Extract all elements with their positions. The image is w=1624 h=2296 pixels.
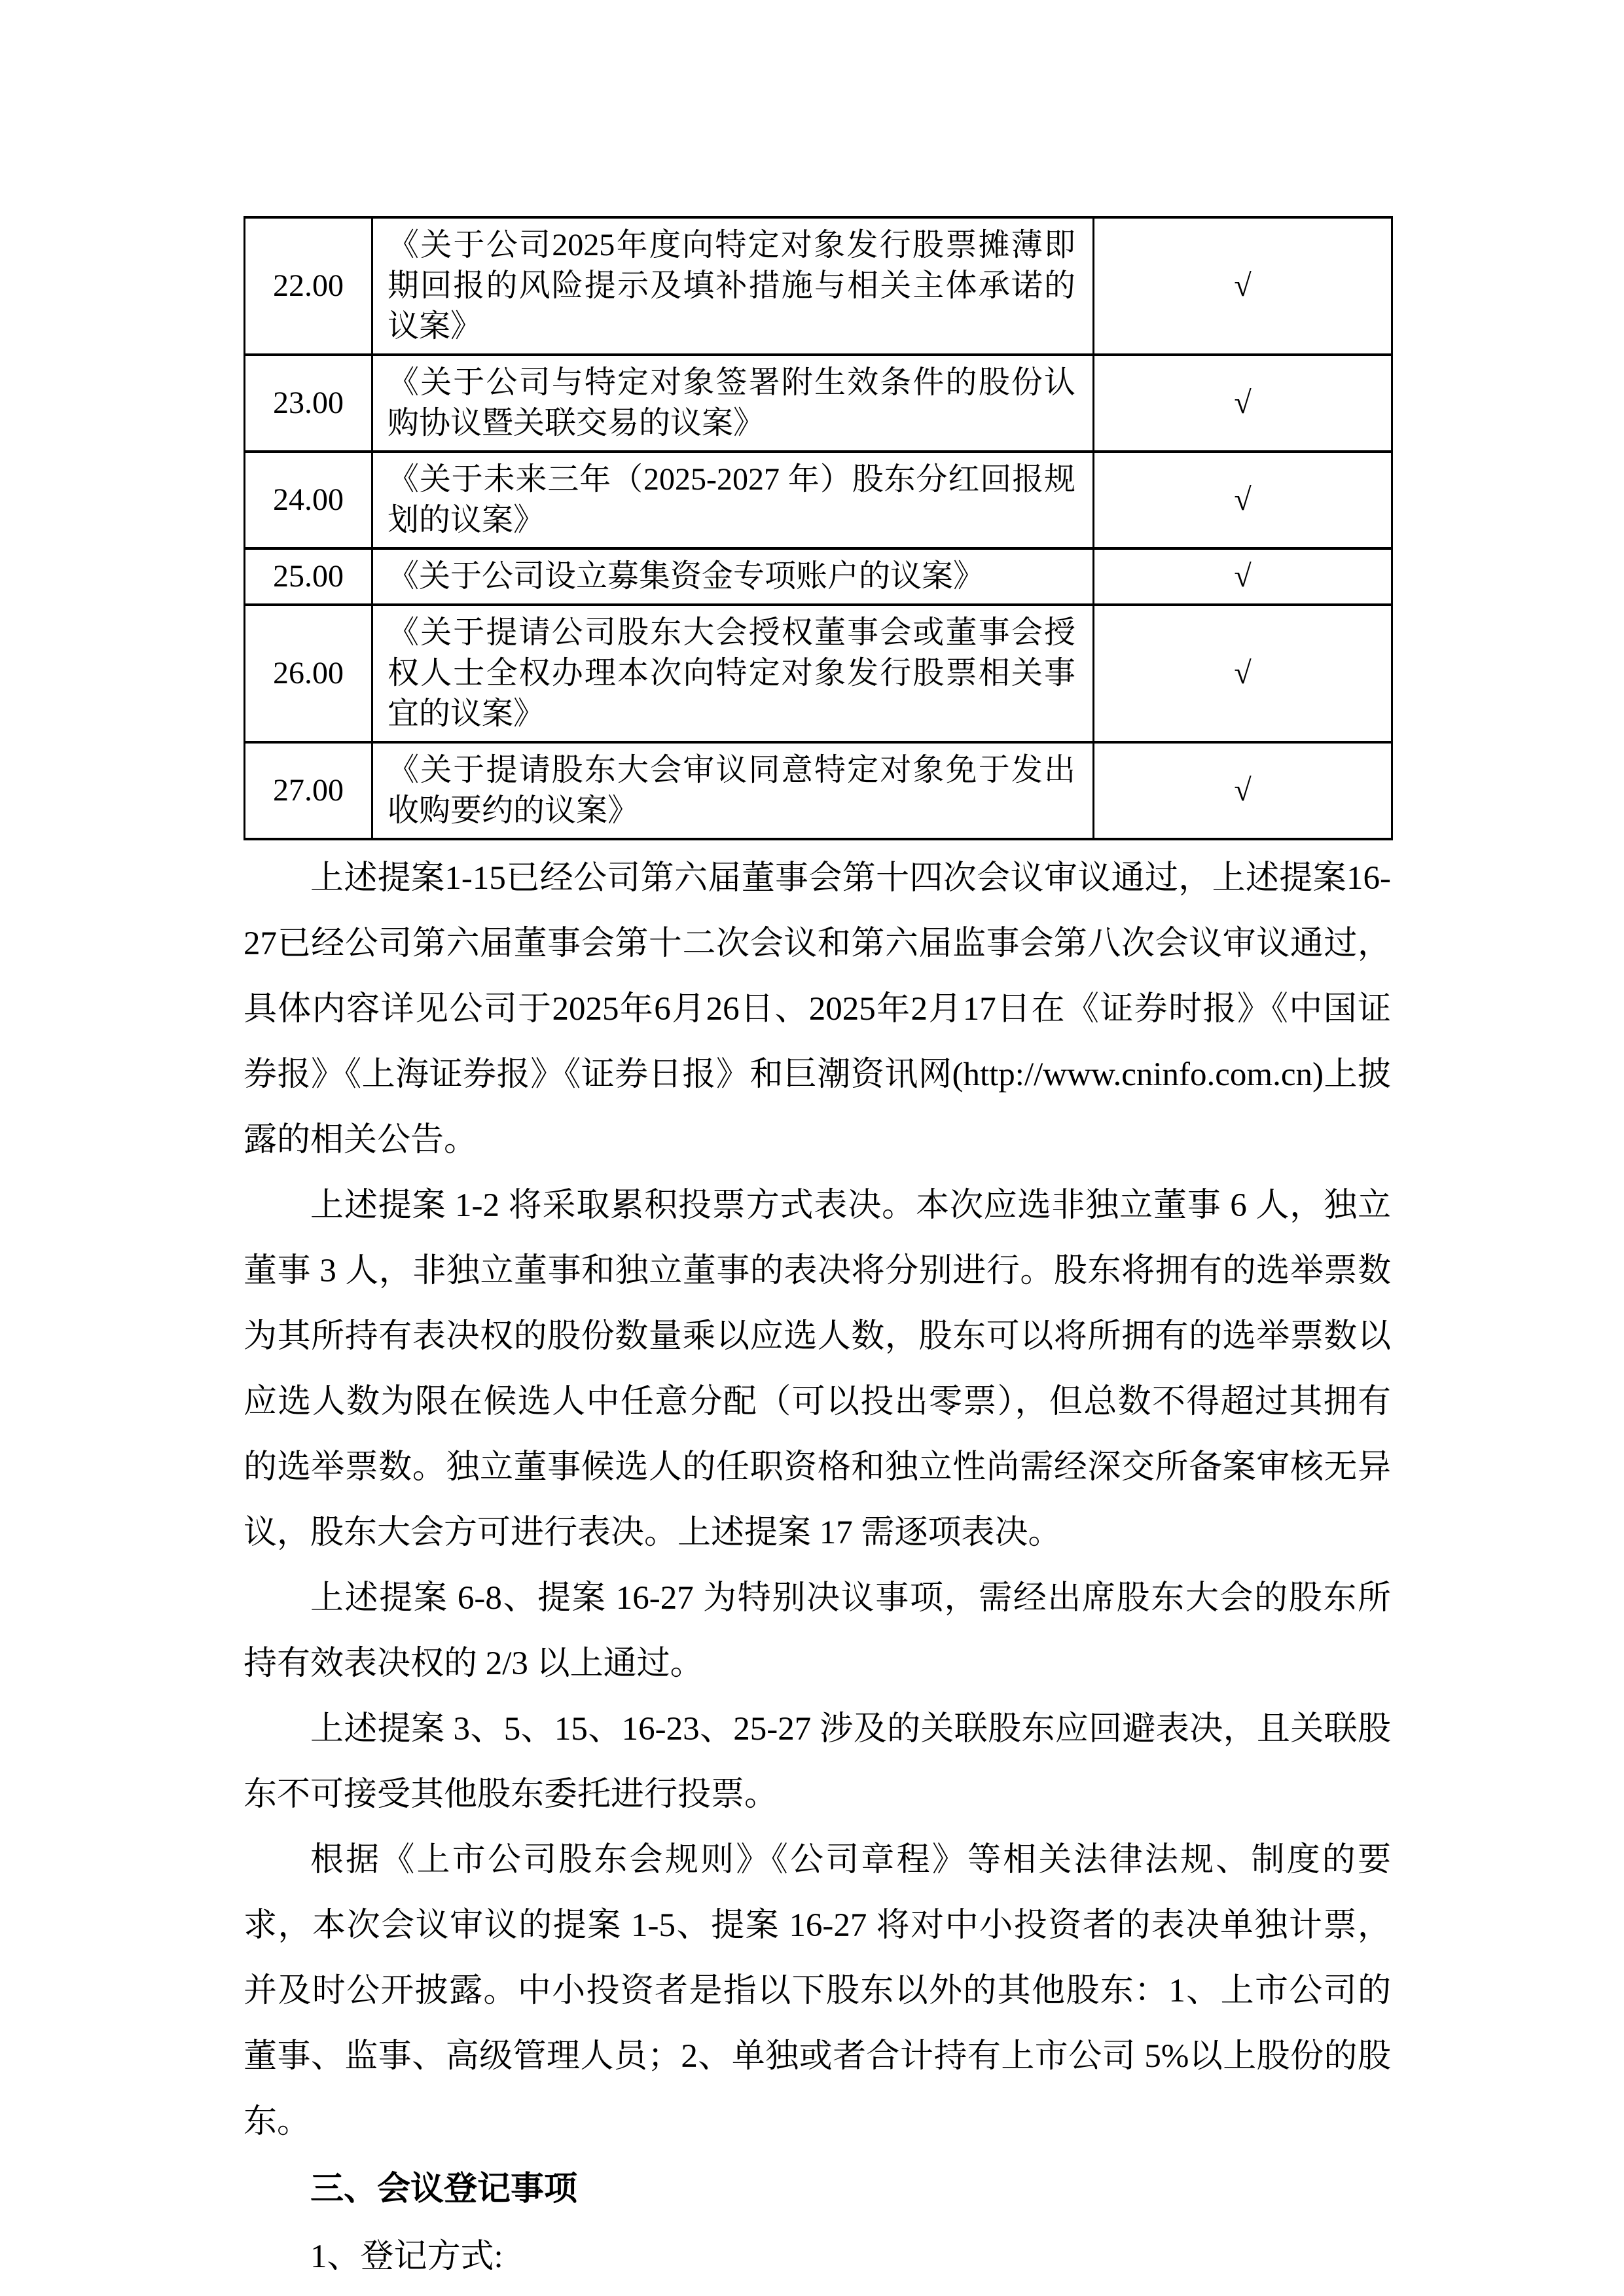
- proposal-number: 25.00: [245, 548, 372, 605]
- paragraph-cumulative-voting: 上述提案 1-2 将采取累积投票方式表决。本次应选非独立董事 6 人，独立董事 …: [244, 1173, 1391, 1566]
- proposal-row: 23.00 《关于公司与特定对象签署附生效条件的股份认购协议暨关联交易的议案》 …: [245, 355, 1392, 452]
- vote-checkmark: √: [1094, 742, 1392, 839]
- vote-checkmark: √: [1094, 548, 1392, 605]
- proposal-number: 22.00: [245, 217, 372, 355]
- proposal-row: 26.00 《关于提请公司股东大会授权董事会或董事会授权人士全权办理本次向特定对…: [245, 605, 1392, 742]
- body-text: 上述提案1-15已经公司第六届董事会第十四次会议审议通过，上述提案16-27已经…: [244, 846, 1391, 2291]
- proposal-number: 23.00: [245, 355, 372, 452]
- proposal-title: 《关于未来三年（2025-2027 年）股东分红回报规划的议案》: [372, 452, 1094, 548]
- proposal-number: 24.00: [245, 452, 372, 548]
- proposal-row: 25.00 《关于公司设立募集资金专项账户的议案》 √: [245, 548, 1392, 605]
- proposal-title: 《关于提请股东大会审议同意特定对象免于发出收购要约的议案》: [372, 742, 1094, 839]
- vote-checkmark: √: [1094, 217, 1392, 355]
- paragraph-approval-history: 上述提案1-15已经公司第六届董事会第十四次会议审议通过，上述提案16-27已经…: [244, 846, 1391, 1173]
- proposal-title: 《关于公司与特定对象签署附生效条件的股份认购协议暨关联交易的议案》: [372, 355, 1094, 452]
- proposal-row: 24.00 《关于未来三年（2025-2027 年）股东分红回报规划的议案》 √: [245, 452, 1392, 548]
- paragraph-minority-investors-count: 根据《上市公司股东会规则》《公司章程》等相关法律法规、制度的要求，本次会议审议的…: [244, 1827, 1391, 2155]
- document-page: 22.00 《关于公司2025年度向特定对象发行股票摊薄即期回报的风险提示及填补…: [0, 0, 1624, 2296]
- proposal-title: 《关于提请公司股东大会授权董事会或董事会授权人士全权办理本次向特定对象发行股票相…: [372, 605, 1094, 742]
- paragraph-special-resolutions: 上述提案 6-8、提案 16-27 为特别决议事项，需经出席股东大会的股东所持有…: [244, 1566, 1391, 1696]
- proposal-title: 《关于公司2025年度向特定对象发行股票摊薄即期回报的风险提示及填补措施与相关主…: [372, 217, 1094, 355]
- proposal-number: 26.00: [245, 605, 372, 742]
- proposals-table: 22.00 《关于公司2025年度向特定对象发行股票摊薄即期回报的风险提示及填补…: [244, 216, 1393, 840]
- registration-method-item: 1、登记方式:: [244, 2223, 1391, 2291]
- vote-checkmark: √: [1094, 355, 1392, 452]
- proposal-row: 22.00 《关于公司2025年度向特定对象发行股票摊薄即期回报的风险提示及填补…: [245, 217, 1392, 355]
- paragraph-related-shareholders-abstain: 上述提案 3、5、15、16-23、25-27 涉及的关联股东应回避表决，且关联…: [244, 1696, 1391, 1827]
- section-heading-registration: 三、会议登记事项: [244, 2155, 1391, 2223]
- proposal-row: 27.00 《关于提请股东大会审议同意特定对象免于发出收购要约的议案》 √: [245, 742, 1392, 839]
- vote-checkmark: √: [1094, 452, 1392, 548]
- proposal-title: 《关于公司设立募集资金专项账户的议案》: [372, 548, 1094, 605]
- proposal-number: 27.00: [245, 742, 372, 839]
- vote-checkmark: √: [1094, 605, 1392, 742]
